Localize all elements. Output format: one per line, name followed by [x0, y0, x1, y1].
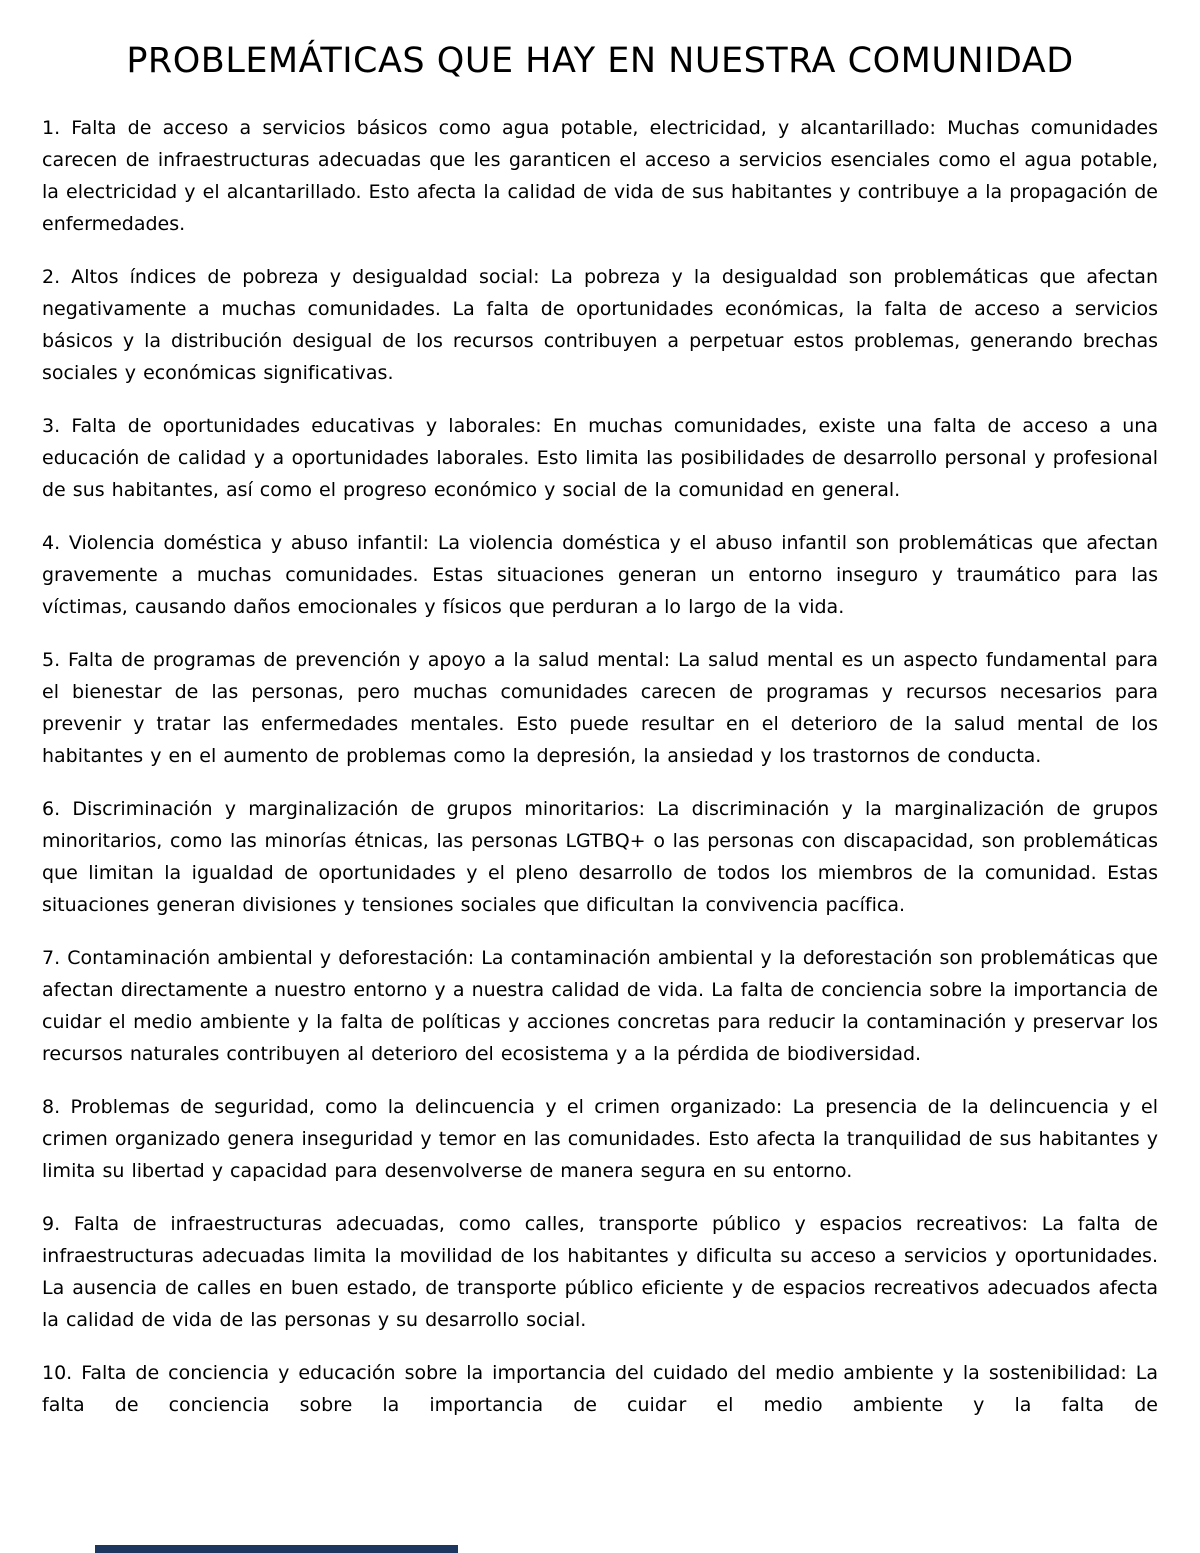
- paragraph-8: 8. Problemas de seguridad, como la delin…: [42, 1091, 1158, 1187]
- paragraph-6: 6. Discriminación y marginalización de g…: [42, 793, 1158, 921]
- paragraph-5: 5. Falta de programas de prevención y ap…: [42, 644, 1158, 772]
- paragraph-9: 9. Falta de infraestructuras adecuadas, …: [42, 1208, 1158, 1336]
- paragraph-10-truncated: 10. Falta de conciencia y educación sobr…: [42, 1357, 1158, 1421]
- document-title: PROBLEMÁTICAS QUE HAY EN NUESTRA COMUNID…: [42, 40, 1158, 84]
- paragraph-3: 3. Falta de oportunidades educativas y l…: [42, 410, 1158, 506]
- paragraph-1: 1. Falta de acceso a servicios básicos c…: [42, 112, 1158, 240]
- paragraph-4: 4. Violencia doméstica y abuso infantil:…: [42, 527, 1158, 623]
- next-page-content-edge: [95, 1545, 458, 1553]
- paragraph-7: 7. Contaminación ambiental y deforestaci…: [42, 942, 1158, 1070]
- paragraph-2: 2. Altos índices de pobreza y desigualda…: [42, 261, 1158, 389]
- document-page: PROBLEMÁTICAS QUE HAY EN NUESTRA COMUNID…: [0, 0, 1200, 1553]
